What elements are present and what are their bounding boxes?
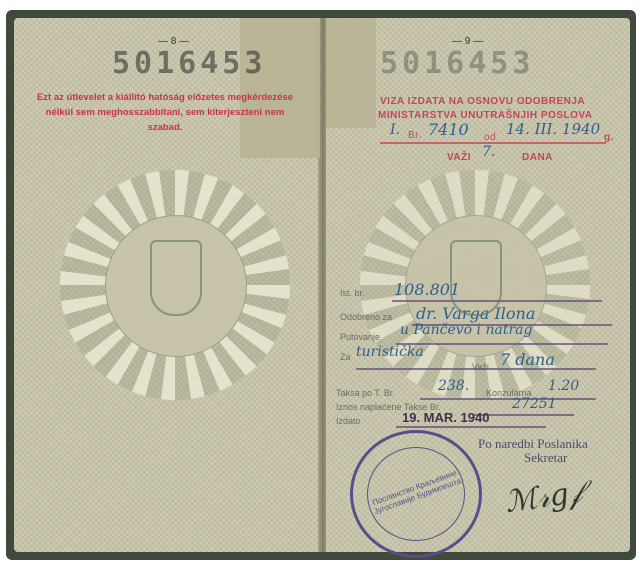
- field-line: [420, 398, 596, 400]
- validity-label: VAŽI: [447, 152, 471, 163]
- validity-days: 7.: [482, 144, 495, 160]
- field-value: 27251: [512, 396, 557, 412]
- field-value: 238.: [438, 378, 469, 394]
- field-value: 1.20: [548, 378, 579, 394]
- field-label: Važi: [472, 362, 489, 372]
- field-line: [396, 426, 546, 428]
- field-label: Ist. br.: [340, 288, 365, 298]
- field-label: Taksa po T. Br.: [336, 388, 395, 398]
- field-label: Putovanje: [340, 332, 380, 342]
- issue-date-stamp: 19. MAR. 1940: [402, 410, 489, 425]
- validity-unit: DANA: [522, 152, 553, 163]
- embassy-seal-stamp: Посланство Краљевине Југославије Будимпе…: [350, 430, 482, 558]
- field-label: Za: [340, 352, 351, 362]
- coat-of-arms-icon: [450, 240, 502, 316]
- approval-number: 7410: [428, 120, 469, 139]
- field-line: [396, 343, 608, 345]
- approval-prefix: I.: [390, 122, 400, 138]
- torn-paper-area: [240, 18, 320, 158]
- approval-date: 14. III. 1940: [506, 120, 600, 138]
- field-value: 7 dana: [500, 350, 555, 369]
- signature-title-line2: Sekretar: [524, 450, 567, 466]
- visa-header-line1: VIZA IZDATA NA OSNOVU ODOBRENJA: [380, 96, 585, 107]
- torn-paper-area: [326, 18, 376, 128]
- perforated-passport-number: 5016453: [112, 46, 266, 81]
- field-value: turistička: [356, 344, 424, 360]
- coat-of-arms-icon: [150, 240, 202, 316]
- field-line: [356, 368, 596, 370]
- field-label: Odobreno za: [340, 312, 392, 322]
- notice-text: Ezt az útlevelet a kiállító hatóság előz…: [30, 90, 300, 135]
- perforated-passport-number: 5016453: [380, 46, 534, 81]
- approval-br-label: Br.: [408, 130, 422, 141]
- field-value: u Pančevo i natrag: [400, 322, 532, 338]
- field-label: Izdato: [336, 416, 361, 426]
